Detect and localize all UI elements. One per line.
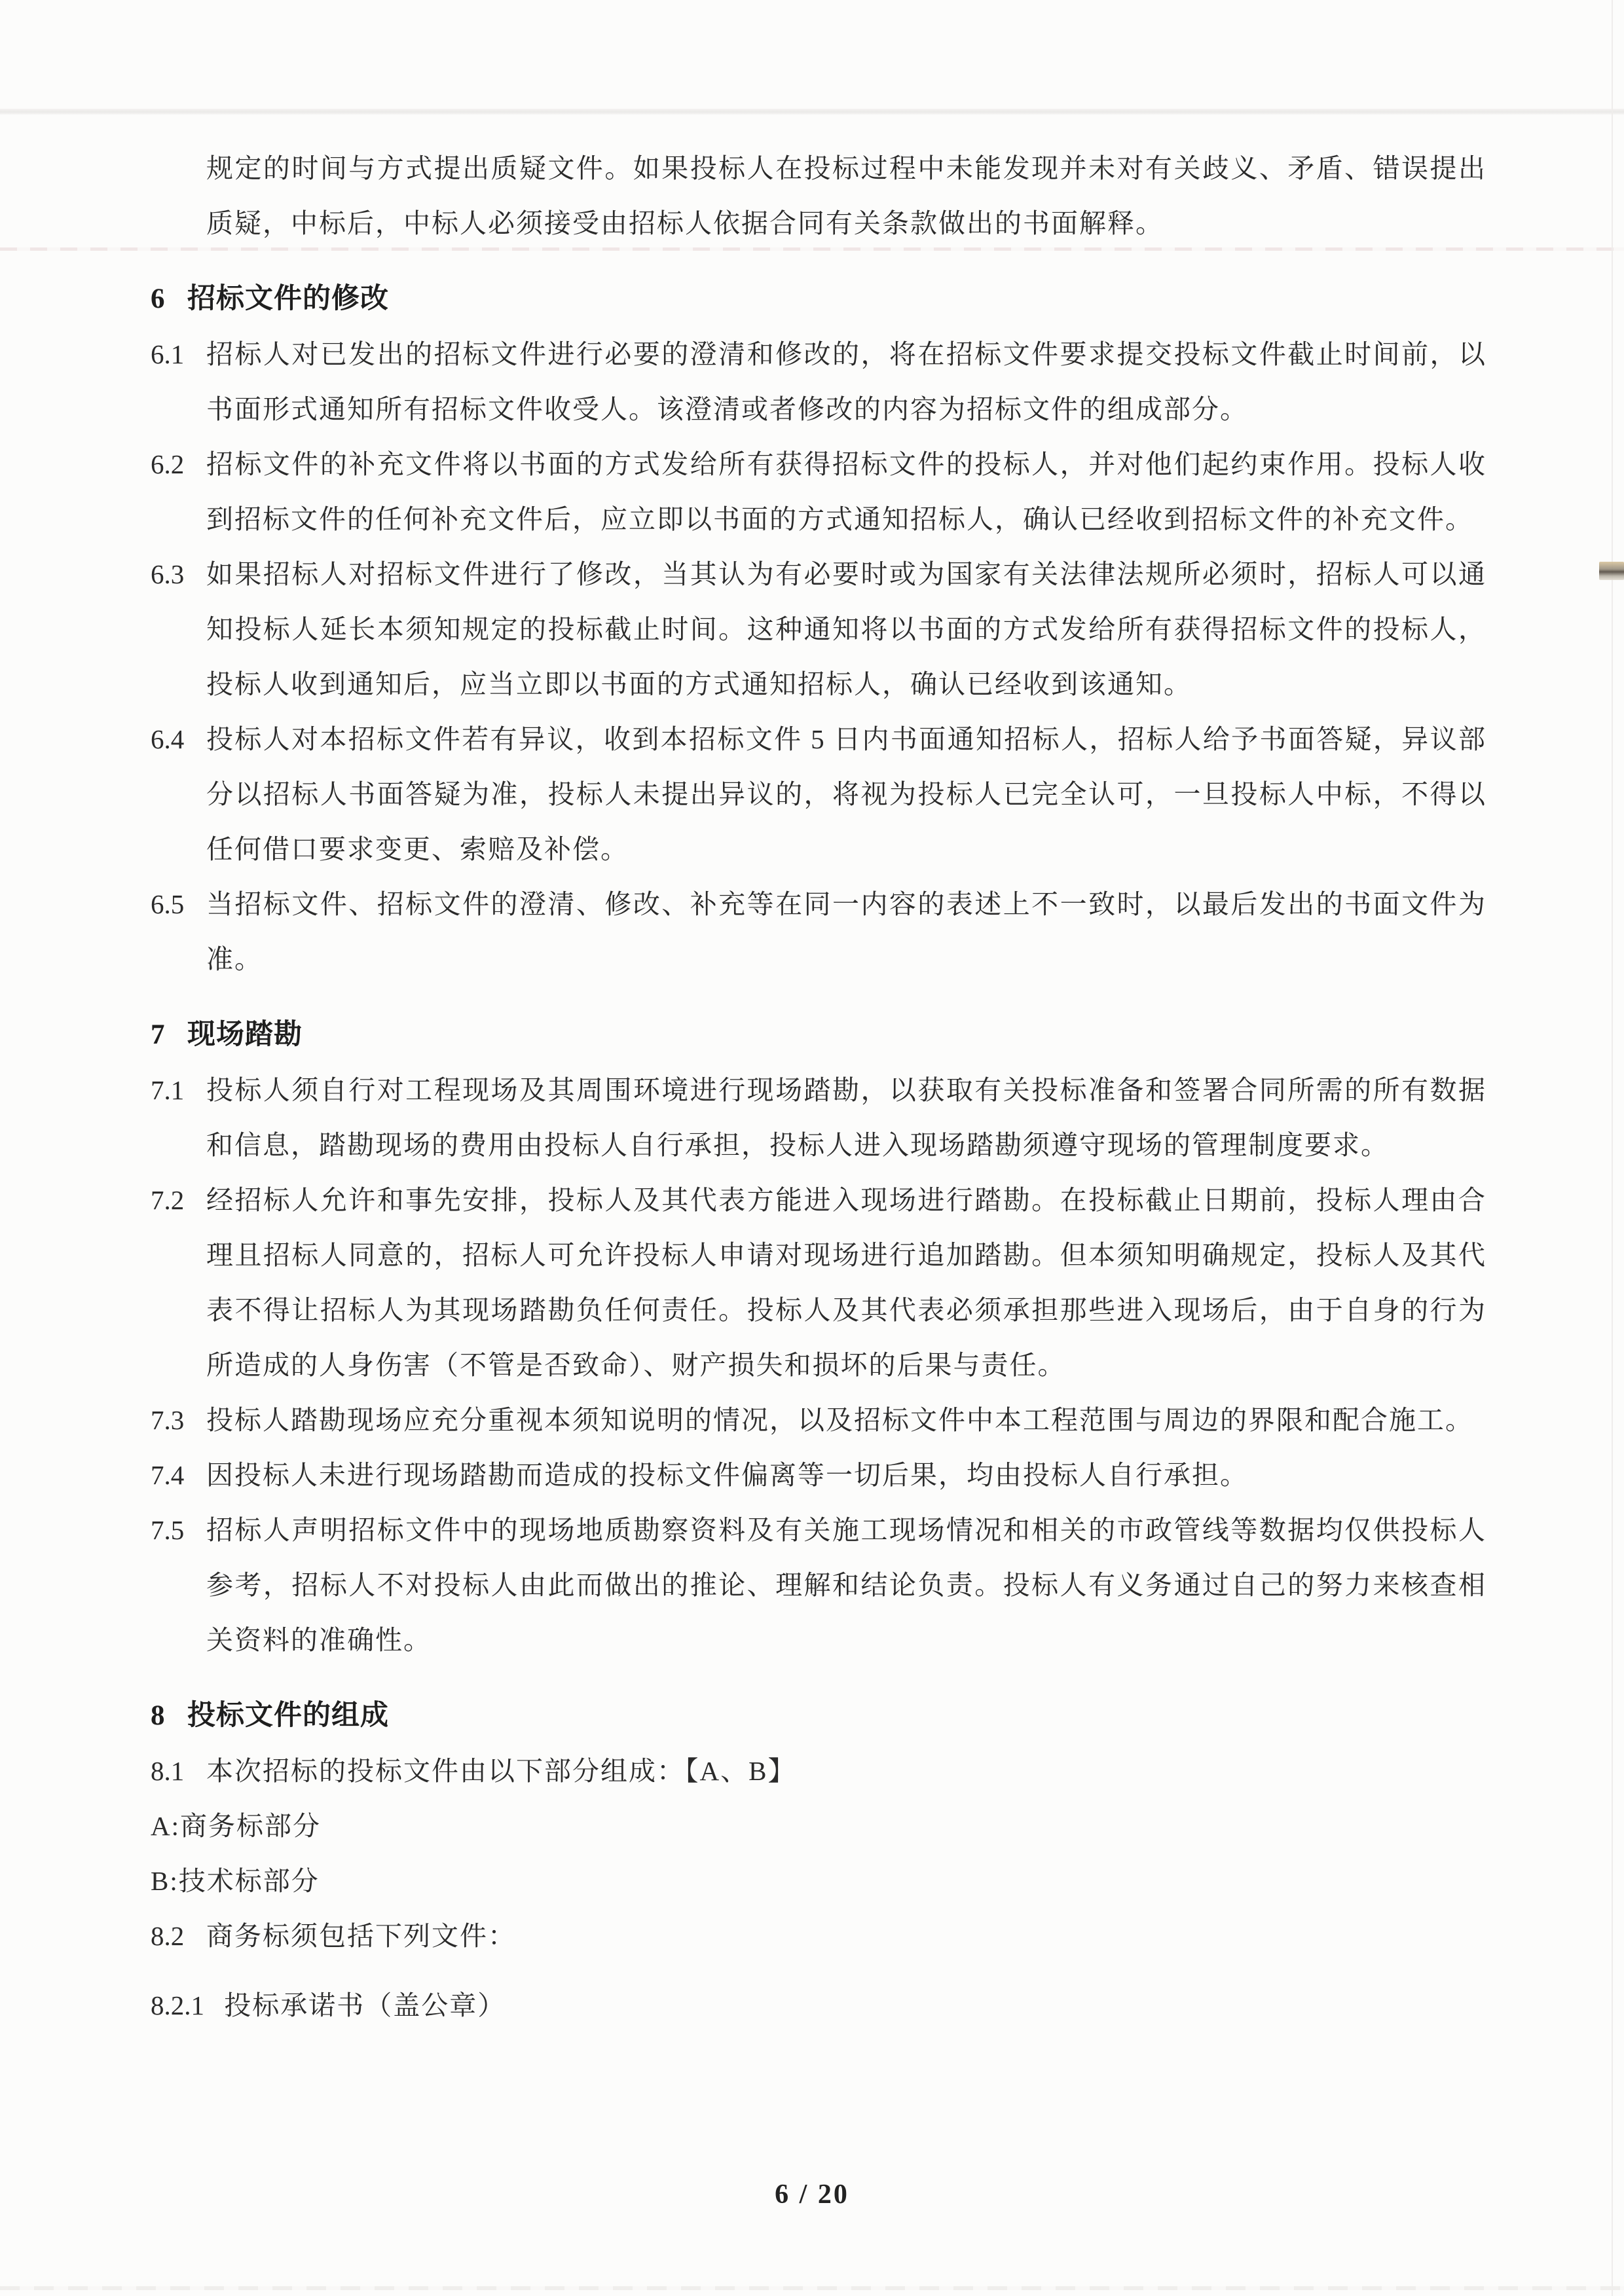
clause-7-4-number: 7.4	[151, 1448, 206, 1503]
clause-7-5: 7.5 招标人声明招标文件中的现场地质勘察资料及有关施工现场情况和相关的市政管线…	[151, 1503, 1486, 1667]
footer-page-number: 6 / 20	[0, 2179, 1624, 2210]
clause-6-4-text: 投标人对本招标文件若有异议，收到本招标文件 5 日内书面通知招标人，招标人给予书…	[206, 724, 1486, 864]
clause-7-5-text: 招标人声明招标文件中的现场地质勘察资料及有关施工现场情况和相关的市政管线等数据均…	[206, 1515, 1486, 1655]
clause-6-5-text: 当招标文件、招标文件的澄清、修改、补充等在同一内容的表述上不一致时，以最后发出的…	[206, 889, 1486, 974]
part-b-label: B:技术标部分	[151, 1853, 1486, 1908]
clause-7-3-text: 投标人踏勘现场应充分重视本须知说明的情况，以及招标文件中本工程范围与周边的界限和…	[206, 1405, 1473, 1435]
scan-artifact-smudge	[1599, 562, 1624, 580]
clause-6-4-number: 6.4	[151, 712, 206, 767]
clause-8-2: 8.2 商务标须包括下列文件：	[151, 1908, 1486, 1963]
document-page: 规定的时间与方式提出质疑文件。如果投标人在投标过程中未能发现并未对有关歧义、矛盾…	[0, 0, 1624, 2296]
section-7-title: 现场踏勘	[187, 1019, 303, 1050]
scan-artifact-edge-line	[1612, 0, 1613, 2296]
clause-7-3-number: 7.3	[151, 1393, 206, 1448]
clause-8-2-1-number: 8.2.1	[151, 1990, 204, 2020]
clause-7-1-number: 7.1	[151, 1063, 206, 1118]
clause-6-1-number: 6.1	[151, 327, 206, 382]
clause-8-1-text: 本次招标的投标文件由以下部分组成：【A、B】	[206, 1756, 796, 1786]
clause-7-4: 7.4 因投标人未进行现场踏勘而造成的投标文件偏离等一切后果，均由投标人自行承担…	[151, 1448, 1486, 1503]
clause-8-2-1: 8.2.1 投标承诺书（盖公章）	[151, 1978, 1486, 2033]
page-content: 规定的时间与方式提出质疑文件。如果投标人在投标过程中未能发现并未对有关歧义、矛盾…	[151, 141, 1486, 2033]
clause-8-2-number: 8.2	[151, 1908, 206, 1963]
clause-7-5-number: 7.5	[151, 1503, 206, 1558]
clause-8-2-text: 商务标须包括下列文件：	[206, 1921, 516, 1951]
section-8-heading: 8投标文件的组成	[151, 1688, 1486, 1743]
part-a-label: A:商务标部分	[151, 1798, 1486, 1853]
continuation-paragraph: 规定的时间与方式提出质疑文件。如果投标人在投标过程中未能发现并未对有关歧义、矛盾…	[206, 141, 1486, 251]
part-b-text: B:技术标部分	[151, 1866, 320, 1896]
clause-6-1-text: 招标人对已发出的招标文件进行必要的澄清和修改的，将在招标文件要求提交投标文件截止…	[206, 339, 1486, 424]
clause-6-2-text: 招标文件的补充文件将以书面的方式发给所有获得招标文件的投标人，并对他们起约束作用…	[206, 449, 1486, 534]
clause-6-3-number: 6.3	[151, 547, 206, 602]
clause-7-2: 7.2 经招标人允许和事先安排，投标人及其代表方能进入现场进行踏勘。在投标截止日…	[151, 1173, 1486, 1393]
section-7-number: 7	[151, 1008, 187, 1063]
clause-6-3-text: 如果招标人对招标文件进行了修改，当其认为有必要时或为国家有关法律法规所必须时，招…	[206, 559, 1486, 699]
section-6-heading: 6招标文件的修改	[151, 272, 1486, 327]
clause-6-2-number: 6.2	[151, 437, 206, 492]
clause-7-2-number: 7.2	[151, 1173, 206, 1228]
clause-7-1: 7.1 投标人须自行对工程现场及其周围环境进行现场踏勘，以获取有关投标准备和签署…	[151, 1063, 1486, 1173]
scan-artifact-band-bottom	[0, 2286, 1624, 2290]
clause-7-3: 7.3 投标人踏勘现场应充分重视本须知说明的情况，以及招标文件中本工程范围与周边…	[151, 1393, 1486, 1448]
clause-8-2-1-text: 投标承诺书（盖公章）	[224, 1990, 506, 2020]
part-a-text: A:商务标部分	[151, 1811, 321, 1841]
clause-6-5: 6.5 当招标文件、招标文件的澄清、修改、补充等在同一内容的表述上不一致时，以最…	[151, 877, 1486, 987]
clause-7-4-text: 因投标人未进行现场踏勘而造成的投标文件偏离等一切后果，均由投标人自行承担。	[206, 1460, 1248, 1490]
section-7-heading: 7现场踏勘	[151, 1008, 1486, 1063]
clause-6-3: 6.3 如果招标人对招标文件进行了修改，当其认为有必要时或为国家有关法律法规所必…	[151, 547, 1486, 712]
clause-6-2: 6.2 招标文件的补充文件将以书面的方式发给所有获得招标文件的投标人，并对他们起…	[151, 437, 1486, 547]
section-8-number: 8	[151, 1688, 187, 1743]
scan-artifact-band-top	[0, 109, 1624, 115]
section-6-number: 6	[151, 272, 187, 327]
clause-8-1-number: 8.1	[151, 1743, 206, 1798]
clause-6-5-number: 6.5	[151, 877, 206, 932]
clause-8-1: 8.1 本次招标的投标文件由以下部分组成：【A、B】	[151, 1743, 1486, 1798]
clause-7-1-text: 投标人须自行对工程现场及其周围环境进行现场踏勘，以获取有关投标准备和签署合同所需…	[206, 1075, 1486, 1160]
clause-6-1: 6.1 招标人对已发出的招标文件进行必要的澄清和修改的，将在招标文件要求提交投标…	[151, 327, 1486, 437]
clause-7-2-text: 经招标人允许和事先安排，投标人及其代表方能进入现场进行踏勘。在投标截止日期前，投…	[206, 1185, 1486, 1380]
clause-6-4: 6.4 投标人对本招标文件若有异议，收到本招标文件 5 日内书面通知招标人，招标…	[151, 712, 1486, 877]
section-6-title: 招标文件的修改	[187, 283, 389, 314]
section-8-title: 投标文件的组成	[187, 1700, 389, 1731]
